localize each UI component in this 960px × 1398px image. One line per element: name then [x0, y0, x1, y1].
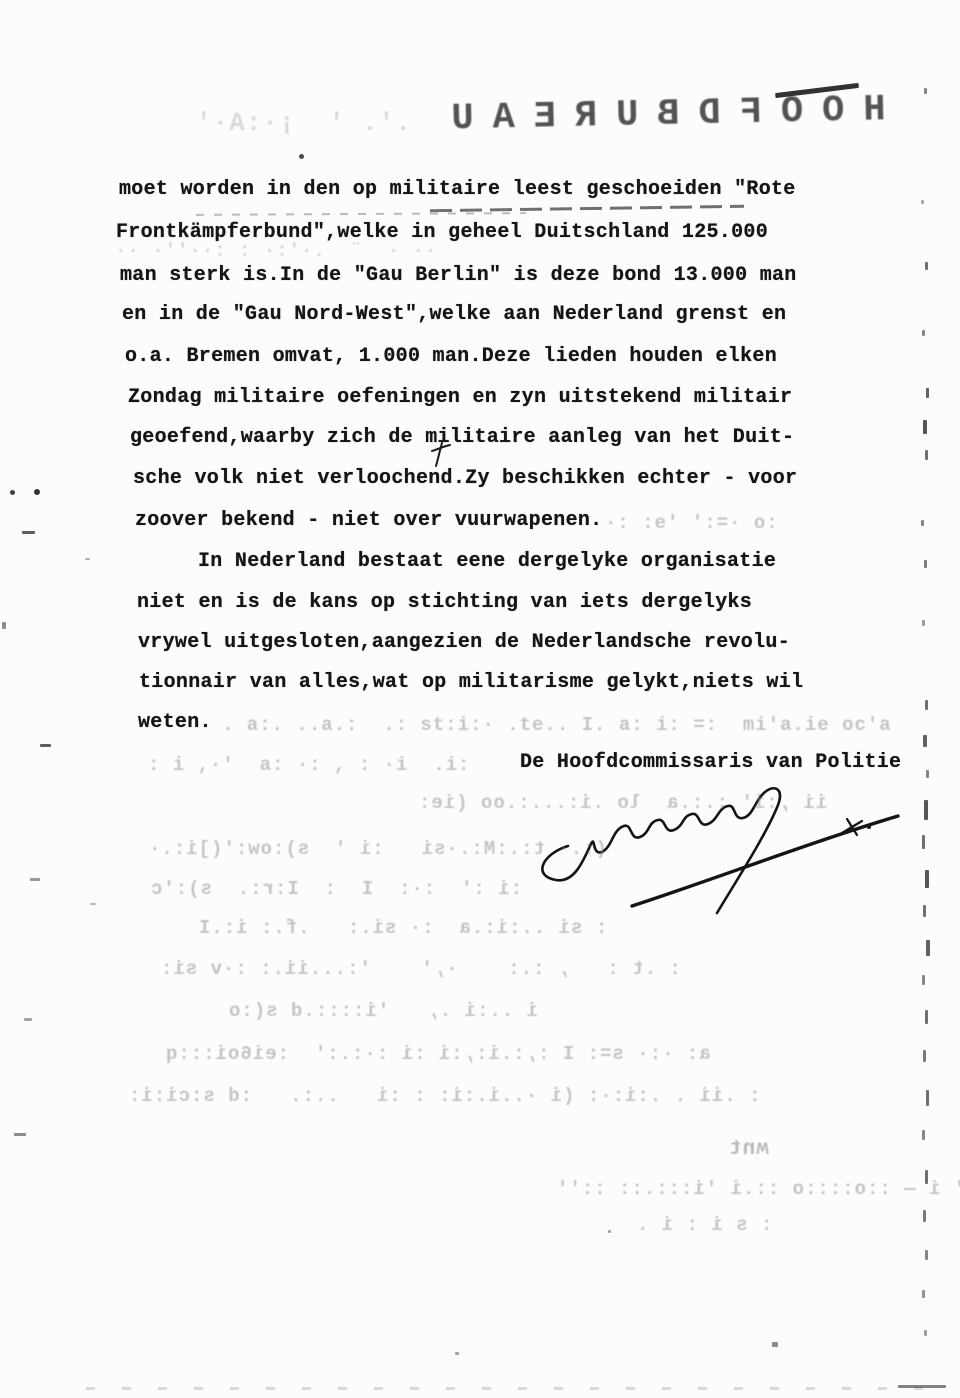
edge-speck	[924, 800, 928, 820]
margin-speck	[85, 558, 90, 560]
stamp-mirrored-hoofdbureau: HOOFDBUREAU	[424, 89, 895, 141]
margin-speck	[90, 903, 96, 905]
closing-line: De Hoofdcommissaris van Politie	[520, 751, 901, 774]
edge-speck	[925, 1250, 928, 1260]
margin-speck	[14, 1133, 26, 1136]
edge-speck	[925, 1010, 928, 1024]
edge-speck	[925, 1170, 928, 1184]
edge-speck	[922, 620, 925, 626]
margin-speck	[34, 489, 40, 495]
edge-speck	[924, 560, 927, 568]
margin-speck	[30, 878, 40, 881]
document-page: HOOFDBUREAU .'. ' ¡·:A·' moet worden in …	[0, 0, 960, 1398]
bleedthrough-artifact: ʍnt	[728, 1138, 769, 1161]
edge-speck	[925, 700, 928, 710]
dashed-divider	[196, 212, 526, 216]
margin-speck	[40, 744, 51, 747]
signature-dot	[867, 825, 871, 829]
text-line: o.a. Bremen omvat, 1.000 man.Deze lieden…	[125, 345, 777, 368]
edge-speck	[926, 770, 929, 778]
bottom-scan-dash	[898, 1385, 946, 1388]
text-line: en in de "Gau Nord-West",welke aan Neder…	[122, 303, 786, 326]
text-line: weten.	[138, 711, 212, 734]
text-line: In Nederland bestaat eene dergelyke orga…	[198, 550, 776, 573]
bleedthrough-artifact: :i :' :·: I : I:r:. s):'c	[150, 878, 522, 900]
edge-speck	[924, 88, 927, 94]
margin-speck	[608, 1230, 611, 1233]
bottom-scan-line	[86, 1387, 944, 1390]
margin-speck	[455, 1352, 459, 1355]
margin-speck	[24, 1018, 32, 1021]
bleedthrough-artifact: ii ,:i' :.:.a lo .i:...:.oo (ie:	[418, 792, 827, 814]
margin-speck	[10, 490, 15, 495]
edge-speck	[923, 420, 927, 434]
edge-speck	[924, 1330, 927, 1336]
edge-speck	[926, 940, 930, 956]
edge-speck	[923, 1050, 926, 1062]
text-line: vrywel uitgesloten,aangezien de Nederlan…	[138, 631, 790, 654]
edge-speck	[922, 835, 925, 849]
edge-speck	[923, 1210, 926, 1222]
bleedthrough-artifact: : s i : i .	[636, 1214, 772, 1236]
text-line: zoover bekend - niet over vuurwapenen.	[135, 509, 602, 532]
edge-speck	[923, 735, 927, 747]
edge-speck	[926, 388, 929, 398]
edge-speck	[922, 975, 925, 985]
edge-speck	[925, 262, 928, 270]
ink-dot	[299, 154, 304, 159]
bleedthrough-artifact: a: ·:· s=: I :,:.i:,:i :i :·:.:' :ei6oi:…	[165, 1043, 711, 1065]
bleedthrough-artifact: . a:. ..a.: .: st:i:· .te.. I. a: i: =: …	[222, 714, 892, 736]
text-line: moet worden in den op militaire leest ge…	[119, 178, 796, 201]
edge-speck	[922, 1290, 925, 1298]
bleedthrough-artifact: : i ,·' a: ·: , : ·i .i:	[148, 754, 470, 776]
text-line: geoefend,waarby zich de militaire aanleg…	[130, 426, 794, 449]
bleedthrough-artifact: I: . :' i — ::o::::o ::.i 'i:::.:: ::''	[556, 1178, 960, 1200]
edge-speck	[922, 330, 925, 336]
text-line: niet en is de kans op stichting van iets…	[137, 591, 752, 614]
bleedthrough-artifact: (:.· t:.:M:.·si :i ' s):ow:'(]i:.·	[148, 838, 607, 860]
edge-speck	[923, 905, 926, 917]
margin-speck	[772, 1342, 778, 1347]
bleedthrough-artifact: i ..:i ., 'i::::.d s(:o	[228, 1000, 538, 1022]
handwritten-correction-mark	[430, 440, 452, 468]
edge-speck	[925, 450, 928, 460]
bleedthrough-artifact: : .ii . .:i:·: (i ·..i.:i: : :i ..:. :d …	[128, 1085, 761, 1107]
bleedthrough-artifact: : .t : , :.: ·,' ':...ii.: :·v si:	[160, 958, 681, 980]
dashed-divider	[430, 205, 744, 212]
margin-speck	[2, 622, 6, 629]
margin-speck	[22, 531, 35, 534]
edge-speck	[921, 200, 924, 204]
bleedthrough-artifact: ·: :e' ':=· o:	[605, 512, 779, 534]
edge-speck	[925, 870, 929, 888]
bleedthrough-artifact: : si ..:i:.a :· si.: .f.: i:.I	[198, 917, 607, 939]
text-line: man sterk is.In de "Gau Berlin" is deze …	[120, 264, 797, 287]
text-line: sche volk niet verloochend.Zy beschikken…	[133, 467, 797, 490]
edge-speck	[926, 1090, 929, 1106]
text-line: tionnair van alles,wat op militarisme ge…	[139, 671, 803, 694]
text-line: Zondag militaire oefeningen en zyn uitst…	[128, 386, 792, 409]
edge-speck	[922, 1130, 925, 1140]
bleedthrough-artifact: ·· ·''··: : ·:'·. ¨ · ··	[115, 240, 437, 262]
edge-speck	[921, 520, 924, 526]
bleedthrough-artifact: .'. ' ¡·:A·'	[195, 108, 411, 138]
